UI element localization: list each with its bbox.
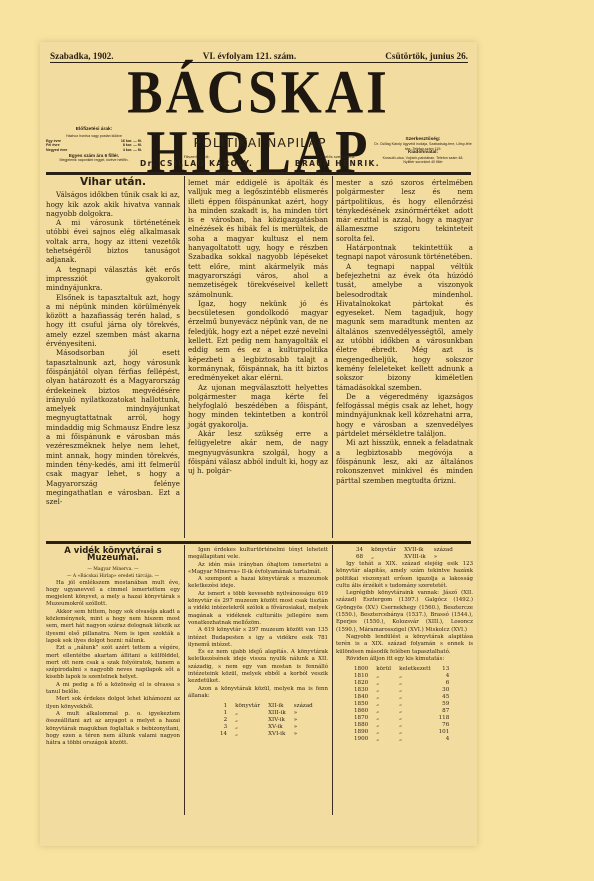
column-divider <box>332 545 333 815</box>
article1-col1: Vihar után. Válságos időkben tűnik csak … <box>46 176 180 506</box>
responsible-editor: BRAUN HENRIK. <box>295 159 380 168</box>
paragraph: lemet már eddigelé is ápolták és valljuk… <box>188 178 328 299</box>
subtitle: POLITIKAI NAPILAP <box>160 135 360 150</box>
issue-date: Csütörtök, junius 26. <box>385 51 468 61</box>
table-row: 1850„„59 <box>350 701 453 708</box>
table-row: 1870„„118 <box>350 715 453 722</box>
table-row: 1890„„101 <box>350 729 453 736</box>
newspaper-page: Szabadka, 1902. VI. évfolyam 121. szám. … <box>40 42 477 846</box>
paragraph: Akár lesz szükség erre a felügyeletre ak… <box>188 429 328 475</box>
paragraph: Azon a könyvtárak közül, melyek ma is fe… <box>188 686 328 701</box>
header-rule <box>46 172 471 175</box>
table-row: 3„XV-ik» <box>216 724 317 731</box>
section-rule <box>46 541 471 544</box>
paragraph: Igaz, hogy nekünk jó és becsületesen gon… <box>188 299 328 383</box>
table-row: 1810„„4 <box>350 673 453 680</box>
paragraph: Röviden álljon itt egy kis kimutatás: <box>336 656 473 663</box>
table-row: 14„XVI-ik» <box>216 731 317 738</box>
article2-col3: 34könyvtárXVII-ikszázad68„XVIII-ik» Igy … <box>336 547 473 743</box>
paragraph: A mi városunk történetének utóbbi évei s… <box>46 218 180 264</box>
paragraph: De a végeredmény igazságos felfogással m… <box>336 392 473 438</box>
table-row: 1840„„45 <box>350 694 453 701</box>
paragraph: A mult alkalommal p. o. igyekeztem össze… <box>46 711 180 747</box>
subscription-box: Előfizetési árak: Házhoz hordva vagy pos… <box>46 128 142 163</box>
paragraph: Mi azt hisszük, ennek a feladatnak a leg… <box>336 438 473 484</box>
editor-in-chief: Dr. CSILLAG KÁROLY. <box>140 159 253 168</box>
paragraph: A tegnapi választás két erős impressziót… <box>46 265 180 293</box>
paragraph: A szempont a hazai könyvtárak s muzeumok… <box>188 576 328 591</box>
table-row: 1880„„76 <box>350 722 453 729</box>
table-row: 1„XIII-ik» <box>216 710 317 717</box>
article2-col1: A vidék könyvtárai s Muzeumai. — Magyar … <box>46 546 180 747</box>
table-row: 1könyvtárXII-ikszázad <box>216 703 317 710</box>
editors: Főszerkesztő:Dr. CSILLAG KÁROLY. Felelős… <box>140 154 380 168</box>
paragraph: A mi pedig a fő a közönség el is olvassa… <box>46 682 180 697</box>
column-divider <box>184 176 185 538</box>
table-row: 1900„„4 <box>350 736 453 743</box>
paragraph: És ez nem ujabb idejű alapitás. A könyvt… <box>188 649 328 685</box>
place-year: Szabadka, 1902. <box>50 51 114 61</box>
column-divider <box>332 176 333 538</box>
paragraph: Igy tehát a XIX. század elejéig esik 123… <box>336 561 473 590</box>
table-row: 1800körülkeletkezett13 <box>350 666 453 673</box>
article1-col3: mester a szó szoros értelmében polgármes… <box>336 178 473 485</box>
paragraph: Igen érdekes kulturtörténelmi tényt lehe… <box>188 547 328 562</box>
table-row: 34könyvtárXVII-ikszázad <box>352 547 457 554</box>
article1-title: Vihar után. <box>46 178 180 187</box>
price-row: Negyed évre4 kor. — fil. <box>46 148 142 152</box>
paragraph: Elsőnek is tapasztaltuk azt, hogy a mi n… <box>46 293 180 349</box>
paragraph: Másodsorban jól esett tapasztalnunk azt,… <box>46 348 180 506</box>
paragraph: Ha jól emlékszem mostanában mult éve, ho… <box>46 580 180 609</box>
paragraph: Akkor sem hittem, hogy sok olvasója akad… <box>46 609 180 645</box>
editorial-office-box: Szerkesztőség: Dr. Csillag Károly ügyvéd… <box>373 138 473 164</box>
paragraph: Határpontnak tekintettük a tegnapi napot… <box>336 243 473 262</box>
paragraph: A 619 könyvtár s 297 muzeum között van 1… <box>188 627 328 649</box>
decade-table: 1800körülkeletkezett131810„„41820„„61830… <box>350 666 453 743</box>
paragraph: Ezt a „nálunk” szót azért tettem a végér… <box>46 645 180 681</box>
column-divider <box>184 545 185 815</box>
table-row: 1830„„30 <box>350 687 453 694</box>
article2-title: A vidék könyvtárai s Muzeumai. <box>46 548 180 563</box>
paragraph: Az ujonan megválasztott helyettes polgár… <box>188 383 328 429</box>
table-row: 1860„„87 <box>350 708 453 715</box>
table-row: 1820„„6 <box>350 680 453 687</box>
paragraph: Az idén más irányban óhajtom ismertetni … <box>188 562 328 577</box>
article1-col2: lemet már eddigelé is ápolták és valljuk… <box>188 178 328 476</box>
century-table-cont: 34könyvtárXVII-ikszázad68„XVIII-ik» <box>352 547 457 561</box>
paragraph: Nagyobb lendülést a könyvtárak alapitása… <box>336 634 473 656</box>
paragraph: mester a szó szoros értelmében polgármes… <box>336 178 473 243</box>
paragraph: Válságos időkben tűnik csak ki az, hogy … <box>46 190 180 218</box>
paragraph: Az ismert s több kevesebb nyilvánosságu … <box>188 591 328 627</box>
paragraph: Legrégibb könyvtáraink vannak: Jászó (XI… <box>336 590 473 634</box>
century-table: 1könyvtárXII-ikszázad1„XIII-ik»2„XIV-ik»… <box>216 703 317 738</box>
paragraph: A tegnapi nappal véltük befejezhetni az … <box>336 262 473 392</box>
table-row: 68„XVIII-ik» <box>352 554 457 561</box>
article2-col2: Igen érdekes kulturtörténelmi tényt lehe… <box>188 547 328 738</box>
table-row: 2„XIV-ik» <box>216 717 317 724</box>
paragraph: Mert sok érdekes dolgot lehet kihámozni … <box>46 696 180 711</box>
